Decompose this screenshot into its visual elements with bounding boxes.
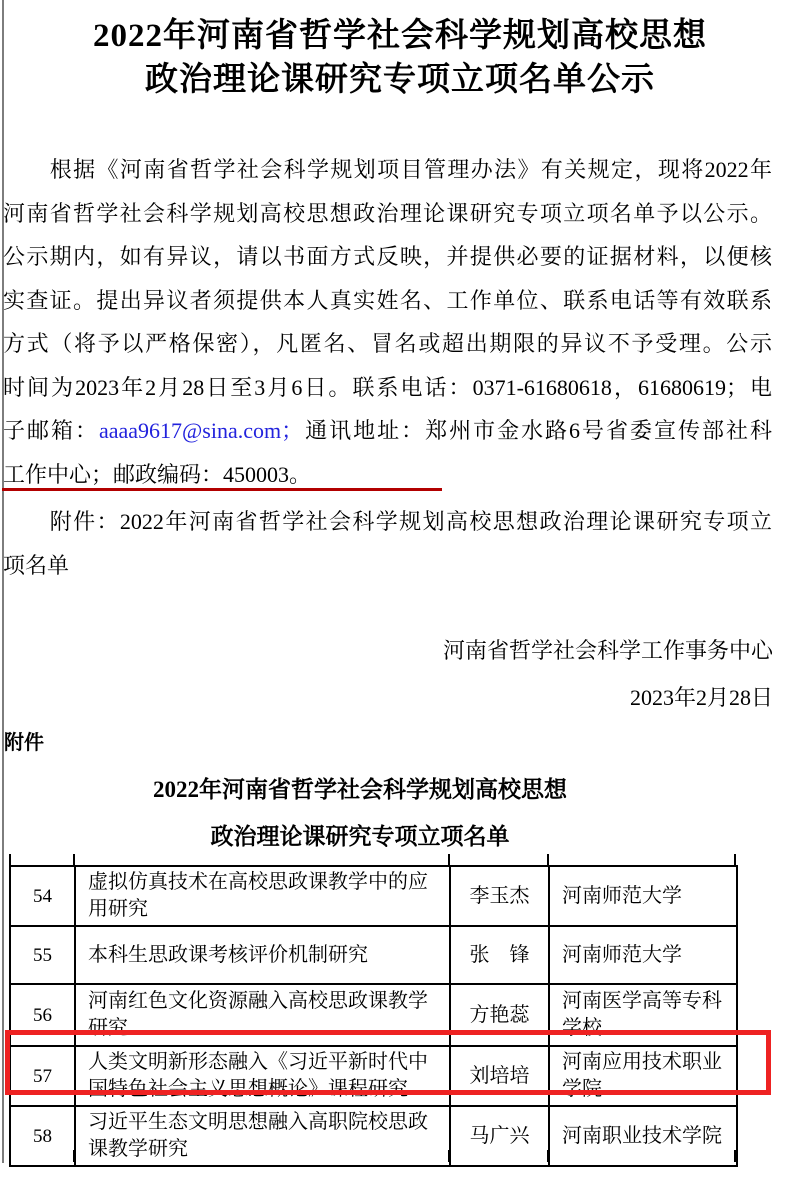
paragraph-line: 时间为2023年2月28日至3月6日。联系电话：0371-61680618，61… <box>3 366 772 410</box>
cell-project-leader: 马广兴 <box>450 1106 549 1166</box>
cell-project-leader: 方艳蕊 <box>450 984 549 1046</box>
table-cut-stub <box>547 1150 549 1162</box>
contact-prefix: 子邮箱： <box>3 418 99 443</box>
cell-project-leader: 刘培培 <box>450 1046 549 1106</box>
table-row: 57 人类文明新形态融入《习近平新时代中国特色社会主义思想概论》课程研究 刘培培… <box>10 1046 737 1106</box>
document-title-line1: 2022年河南省哲学社会科学规划高校思想 <box>14 14 786 58</box>
cell-project-title: 河南红色文化资源融入高校思政课教学研究 <box>75 984 450 1046</box>
email-link[interactable]: aaaa9617@sina.com <box>99 418 281 443</box>
document-title-line2: 政治理论课研究专项立项名单公示 <box>14 58 786 102</box>
paragraph-line-contact: 子邮箱：aaaa9617@sina.com；通讯地址：郑州市金水路6号省委宣传部… <box>3 409 772 453</box>
table-cut-stub <box>547 854 549 865</box>
signature-date: 2023年2月28日 <box>0 683 773 713</box>
attachment-note: 附件：2022年河南省哲学社会科学规划高校思想政治理论课研究专项立 项名单 <box>3 500 772 587</box>
cell-project-title: 习近平生态文明思想融入高职院校思政课教学研究 <box>75 1106 450 1166</box>
cell-serial-number: 57 <box>10 1046 75 1106</box>
document-title: 2022年河南省哲学社会科学规划高校思想 政治理论课研究专项立项名单公示 <box>14 14 786 102</box>
cell-project-title: 虚拟仿真技术在高校思政课教学中的应用研究 <box>75 866 450 926</box>
red-underline-annotation <box>2 488 442 491</box>
table-row: 58 习近平生态文明思想融入高职院校思政课教学研究 马广兴 河南职业技术学院 <box>10 1106 737 1166</box>
table-row: 54 虚拟仿真技术在高校思政课教学中的应用研究 李玉杰 河南师范大学 <box>10 866 737 926</box>
appendix-table-title: 2022年河南省哲学社会科学规划高校思想 政治理论课研究专项立项名单 <box>0 766 720 860</box>
paragraph-line: 河南省哲学社会科学规划高校思想政治理论课研究专项立项名单予以公示。 <box>3 192 772 236</box>
cell-serial-number: 55 <box>10 926 75 984</box>
cell-project-title: 人类文明新形态融入《习近平新时代中国特色社会主义思想概论》课程研究 <box>75 1046 450 1106</box>
table-cut-stub <box>9 1150 11 1162</box>
table-cut-stub <box>448 854 450 865</box>
cell-serial-number: 58 <box>10 1106 75 1166</box>
cell-project-leader: 张 锋 <box>450 926 549 984</box>
table-row: 56 河南红色文化资源融入高校思政课教学研究 方艳蕊 河南医学高等专科学校 <box>10 984 737 1046</box>
signature-organization: 河南省哲学社会科学工作事务中心 <box>0 636 773 666</box>
email-separator: ； <box>281 418 303 443</box>
cell-project-title: 本科生思政课考核评价机制研究 <box>75 926 450 984</box>
paragraph-line: 实查证。提出异议者须提供本人真实姓名、工作单位、联系电话等有效联系 <box>3 279 772 323</box>
paragraph-line: 方式（将予以严格保密），凡匿名、冒名或超出期限的异议不予受理。公示 <box>3 322 772 366</box>
table-cut-stub <box>734 1150 736 1162</box>
appendix-title-line1: 2022年河南省哲学社会科学规划高校思想 <box>0 766 720 813</box>
cell-institution: 河南应用技术职业学院 <box>549 1046 737 1106</box>
attachment-note-line1: 附件：2022年河南省哲学社会科学规划高校思想政治理论课研究专项立 <box>3 500 772 544</box>
cell-institution: 河南师范大学 <box>549 926 737 984</box>
cell-serial-number: 54 <box>10 866 75 926</box>
table-cut-stub <box>448 1150 450 1162</box>
table-row: 55 本科生思政课考核评价机制研究 张 锋 河南师范大学 <box>10 926 737 984</box>
appendix-label: 附件 <box>4 726 44 755</box>
project-table-body: 54 虚拟仿真技术在高校思政课教学中的应用研究 李玉杰 河南师范大学 55 本科… <box>10 866 737 1166</box>
cell-institution: 河南医学高等专科学校 <box>549 984 737 1046</box>
table-cut-stub <box>9 854 11 865</box>
cell-serial-number: 56 <box>10 984 75 1046</box>
table-cut-stub <box>73 854 75 865</box>
table-cut-stub <box>73 1150 75 1162</box>
contact-suffix: 通讯地址：郑州市金水路6号省委宣传部社科 <box>303 418 772 443</box>
paragraph-line: 根据《河南省哲学社会科学规划项目管理办法》有关规定，现将2022年 <box>3 148 772 192</box>
appendix-title-line2: 政治理论课研究专项立项名单 <box>0 813 720 860</box>
project-list-table-wrap: 54 虚拟仿真技术在高校思政课教学中的应用研究 李玉杰 河南师范大学 55 本科… <box>9 865 738 1167</box>
project-list-table: 54 虚拟仿真技术在高校思政课教学中的应用研究 李玉杰 河南师范大学 55 本科… <box>9 865 738 1167</box>
cell-project-leader: 李玉杰 <box>450 866 549 926</box>
cell-institution: 河南职业技术学院 <box>549 1106 737 1166</box>
cell-institution: 河南师范大学 <box>549 866 737 926</box>
attachment-note-line2: 项名单 <box>3 544 772 588</box>
table-cut-stub <box>734 854 736 865</box>
paragraph-line: 公示期内，如有异议，请以书面方式反映，并提供必要的证据材料，以便核 <box>3 235 772 279</box>
body-paragraph: 根据《河南省哲学社会科学规划项目管理办法》有关规定，现将2022年 河南省哲学社… <box>3 148 772 496</box>
